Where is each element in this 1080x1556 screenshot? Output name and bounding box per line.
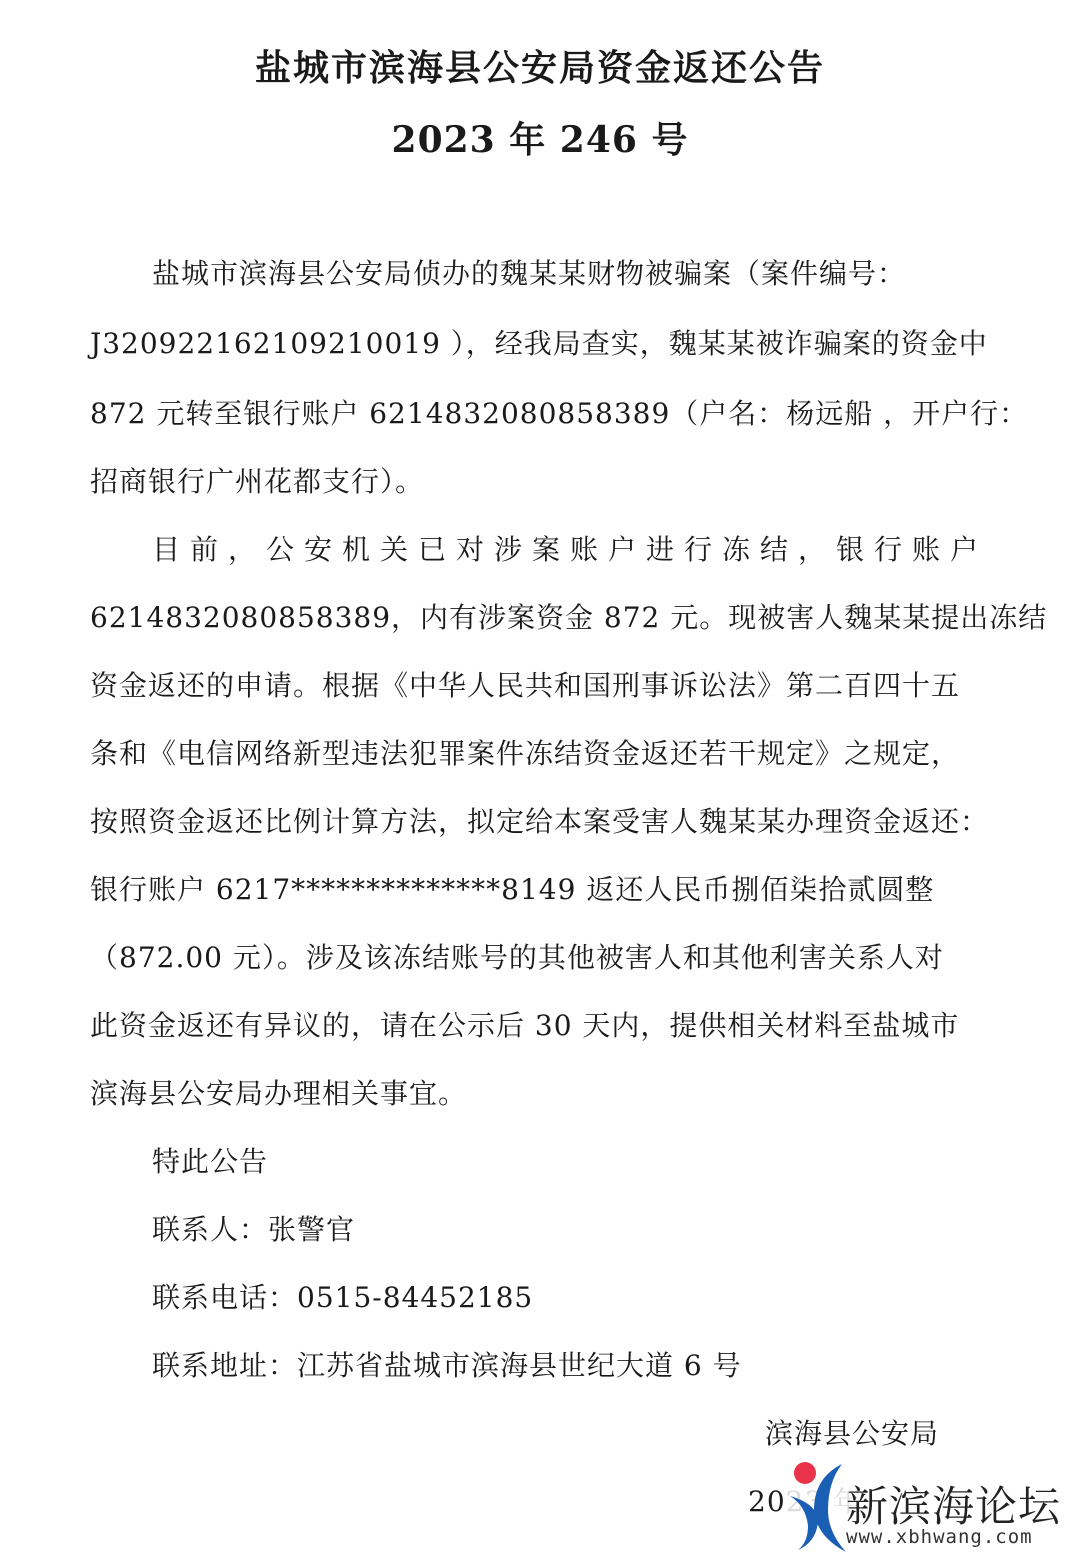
para2-line-7: （872.00 元）。涉及该冻结账号的其他被害人和其他利害关系人对 [90,936,944,976]
para2-line-9: 滨海县公安局办理相关事宜。 [90,1072,467,1112]
watermark-name: 新滨海论坛 [846,1474,1061,1534]
para2-line-5: 按照资金返还比例计算方法，拟定给本案受害人魏某某办理资金返还： [90,800,989,840]
forum-logo-icon [784,1456,854,1552]
para1-line-3: 872 元转至银行账户 6214832080858389（户名：杨远船 ，开户行… [90,392,1028,432]
contact-person: 联系人：张警官 [152,1208,355,1248]
closing-text: 特此公告 [152,1140,268,1180]
page-title: 盐城市滨海县公安局资金返还公告 [0,40,1080,91]
para2-line-1: 目前，公安机关已对涉案账户进行冻结，银行账户 [152,528,988,568]
watermark-logo: 新滨海论坛 www.xbhwang.com [784,1456,1074,1552]
para2-line-8: 此资金返还有异议的，请在公示后 30 天内，提供相关材料至盐城市 [90,1004,959,1044]
para2-line-3: 资金返还的申请。根据《中华人民共和国刑事诉讼法》第二百四十五 [90,664,960,704]
contact-phone: 联系电话：0515-84452185 [152,1276,533,1316]
issuer-signature: 滨海县公安局 [765,1412,939,1452]
para1-line-1: 盐城市滨海县公安局侦办的魏某某财物被骗案（案件编号： [152,252,997,292]
para2-line-2: 6214832080858389，内有涉案资金 872 元。现被害人魏某某提出冻… [90,596,1047,636]
watermark-url: www.xbhwang.com [846,1526,1033,1548]
para1-line-4: 招商银行广州花都支行）。 [90,460,424,500]
para2-line-6: 银行账户 6217**************8149 返还人民币捌佰柒拾贰圆整 [90,868,934,908]
para1-line-2: J320922162109210019 ），经我局查实，魏某某被诈骗案的资金中 [90,322,988,362]
para2-line-4: 条和《电信网络新型违法犯罪案件冻结资金返还若干规定》之规定， [90,732,960,772]
contact-address: 联系地址：江苏省盐城市滨海县世纪大道 6 号 [152,1344,742,1384]
notice-number: 2023 年 246 号 [0,112,1080,163]
